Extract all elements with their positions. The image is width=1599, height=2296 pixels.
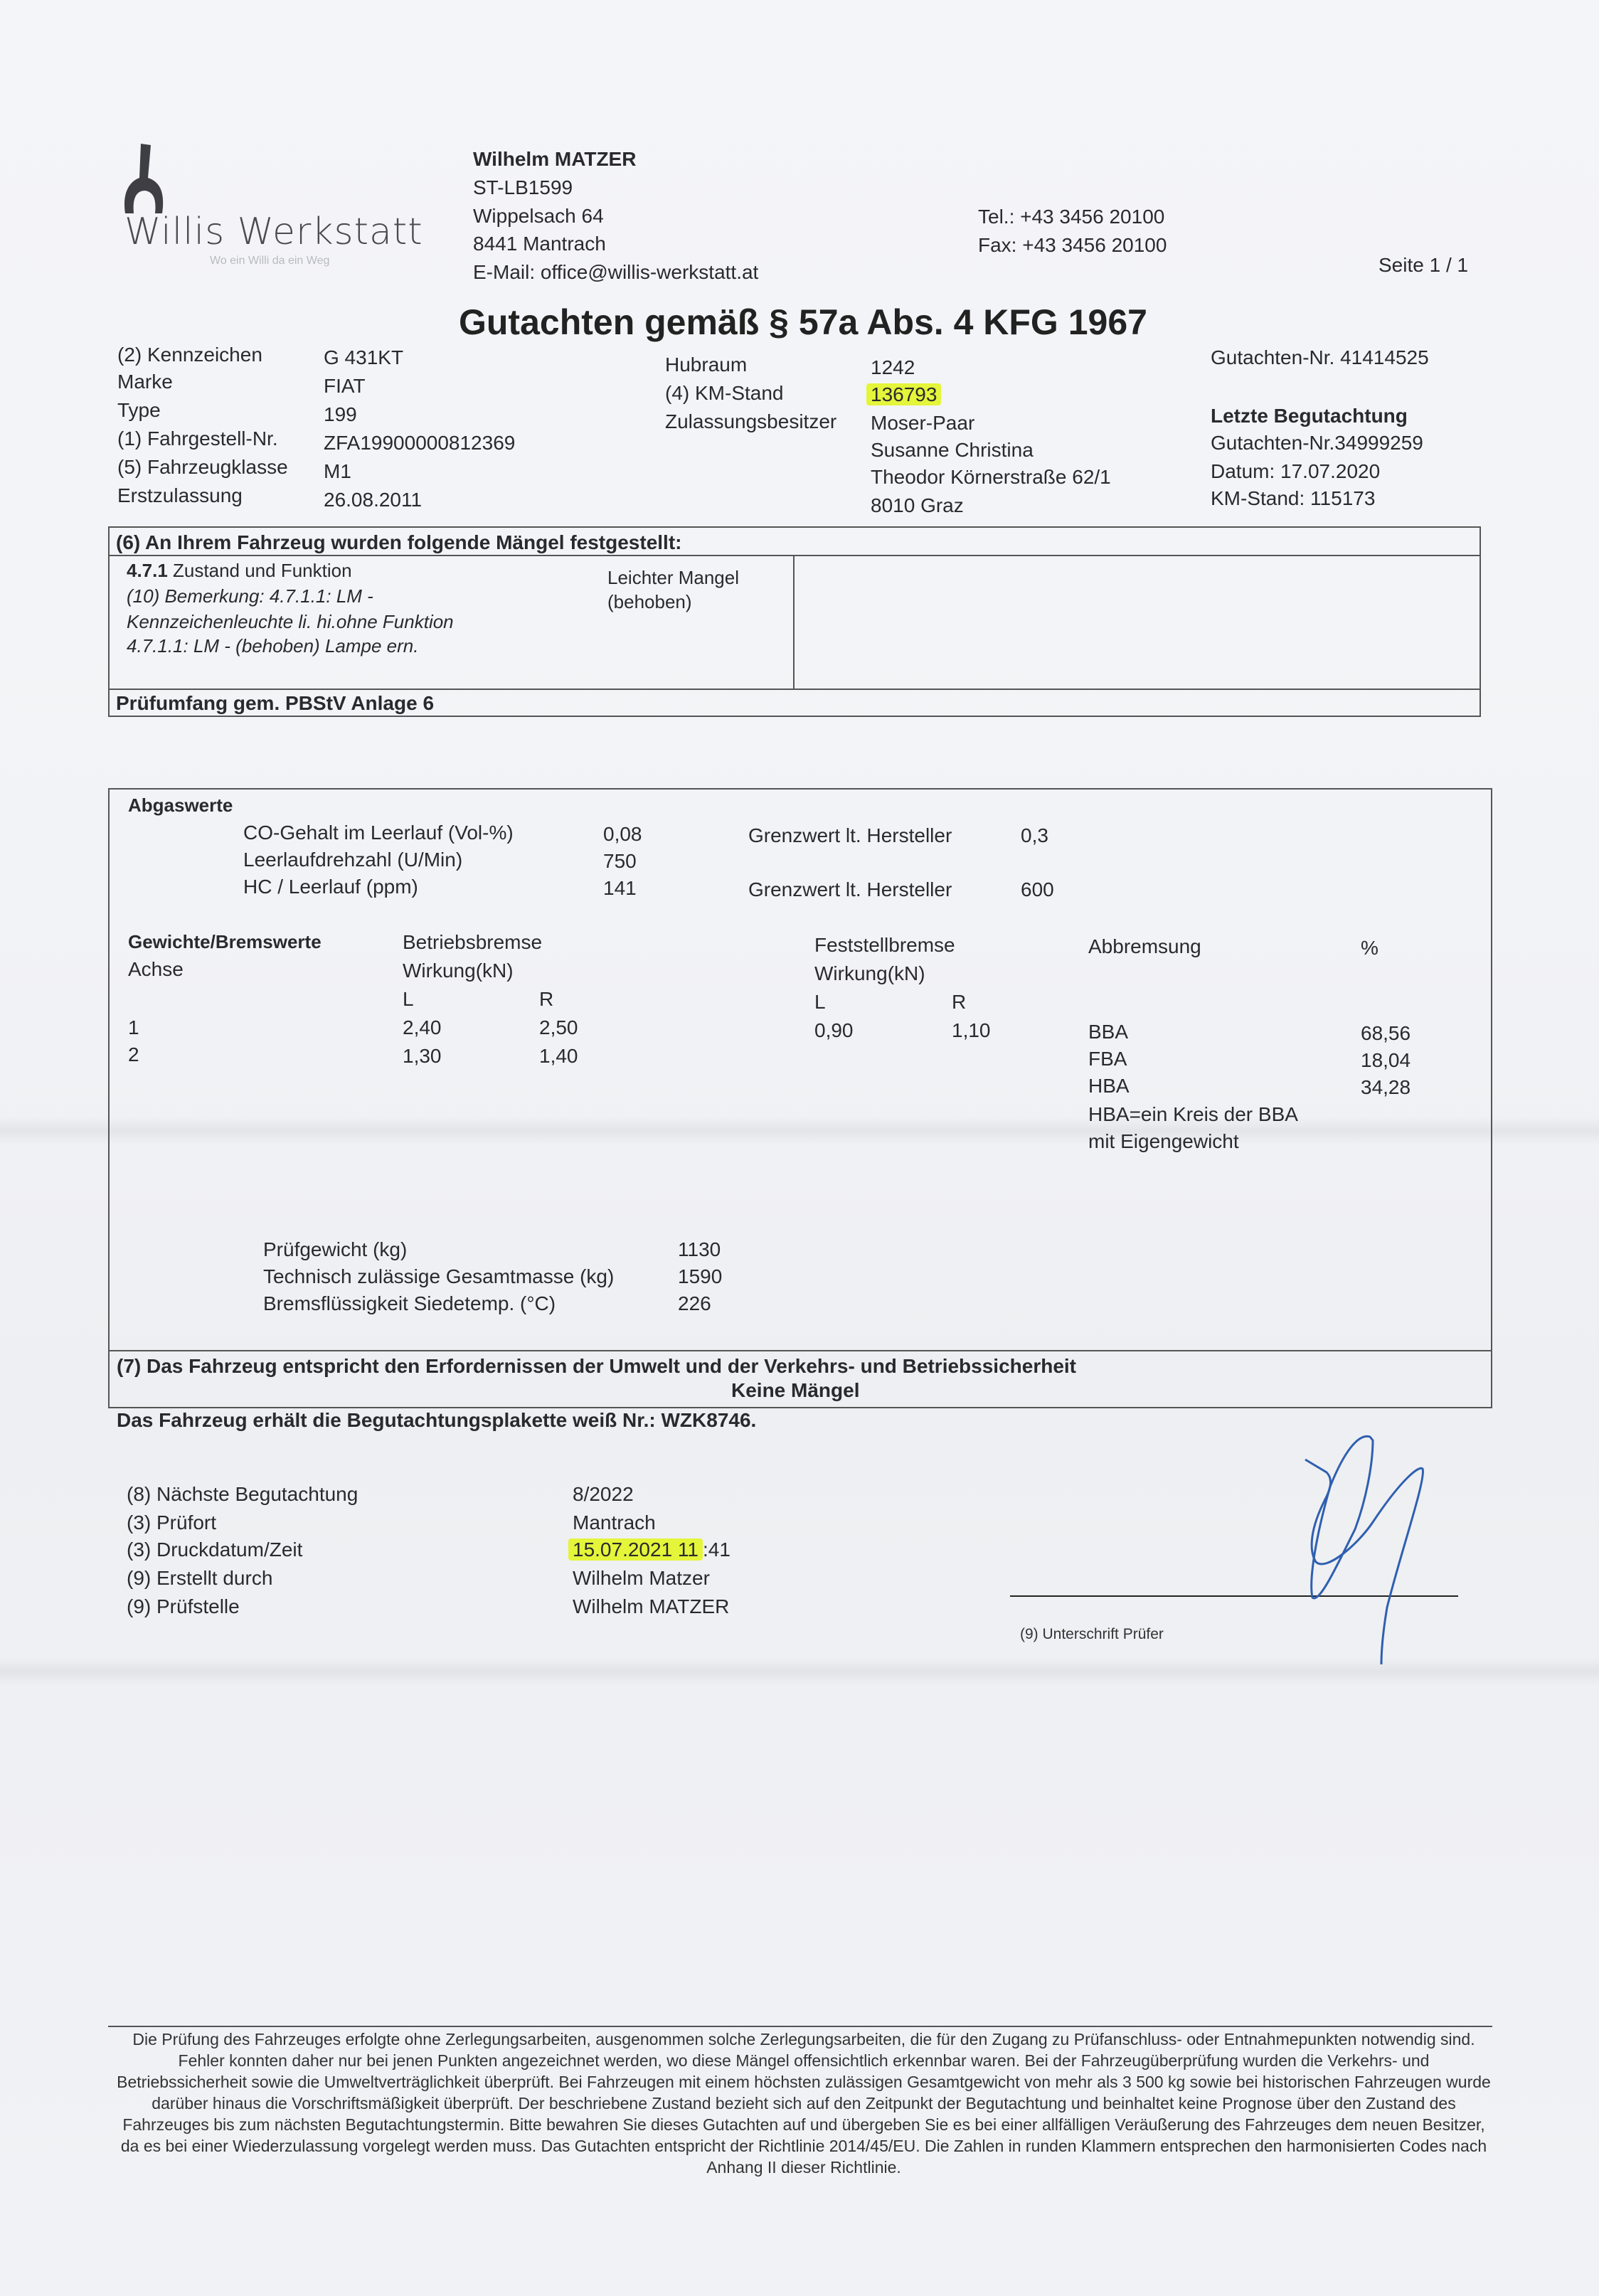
company-tel: Tel.: +43 3456 20100: [978, 203, 1164, 230]
axle-label: Achse: [128, 956, 184, 983]
page-number: Seite 1 / 1: [1378, 252, 1468, 279]
next-inspection-label: (8) Nächste Begutachtung: [127, 1481, 358, 1508]
max-mass-value: 1590: [678, 1263, 722, 1290]
created-by-value: Wilhelm Matzer: [573, 1565, 710, 1592]
label-hubraum: Hubraum: [665, 351, 747, 378]
last-inspection-number: Gutachten-Nr.34999259: [1211, 430, 1423, 457]
value-owner-firstname: Susanne Christina: [871, 437, 1034, 464]
test-weight-value: 1130: [678, 1236, 721, 1263]
gutachten-number: Gutachten-Nr. 41414525: [1211, 344, 1429, 371]
label-zulassungsbesitzer: Zulassungsbesitzer: [665, 408, 836, 435]
logo-name: Willis Werkstatt: [124, 211, 423, 253]
deceleration-label: Abbremsung: [1088, 933, 1201, 960]
exhaust-rpm-value: 750: [603, 848, 637, 875]
label-kennzeichen: (2) Kennzeichen: [117, 341, 262, 368]
test-scope: Prüfumfang gem. PBStV Anlage 6: [116, 690, 434, 717]
hba-note-2: mit Eigengewicht: [1088, 1128, 1239, 1155]
defect-title: Zustand und Funktion: [168, 560, 352, 581]
bba-value: 68,56: [1361, 1020, 1411, 1047]
signature-label: (9) Unterschrift Prüfer: [1020, 1626, 1164, 1643]
signature-icon: [1259, 1423, 1458, 1664]
exhaust-rpm-label: Leerlaufdrehzahl (U/Min): [243, 846, 462, 873]
value-km-stand: 136793: [866, 383, 941, 405]
axle-1-parking-r: 1,10: [952, 1017, 991, 1044]
label-fahrgestell: (1) Fahrgestell-Nr.: [117, 425, 278, 452]
last-inspection-heading: Letzte Begutachtung: [1211, 403, 1408, 430]
test-weight-label: Prüfgewicht (kg): [263, 1236, 407, 1263]
exhaust-hc-limit-label: Grenzwert lt. Hersteller: [748, 876, 952, 903]
defect-item: 4.7.1 Zustand und Funktion: [127, 558, 352, 583]
test-station-label: (9) Prüfstelle: [127, 1593, 240, 1620]
label-km-stand: (4) KM-Stand: [665, 380, 784, 407]
brake-fluid-label: Bremsflüssigkeit Siedetemp. (°C): [263, 1290, 556, 1317]
axle-1: 1: [128, 1014, 139, 1041]
print-date-rest: :41: [703, 1538, 731, 1561]
created-by-label: (9) Erstellt durch: [127, 1565, 272, 1592]
divider: [793, 556, 795, 689]
exhaust-co-label: CO-Gehalt im Leerlauf (Vol-%): [243, 819, 514, 846]
value-owner-city: 8010 Graz: [871, 492, 964, 519]
label-fahrzeugklasse: (5) Fahrzeugklasse: [117, 454, 288, 481]
service-brake-label: Betriebsbremse: [403, 929, 542, 956]
brakes-heading: Gewichte/Bremswerte: [128, 929, 322, 955]
company-city: 8441 Mantrach: [473, 230, 606, 257]
value-hubraum: 1242: [871, 354, 915, 381]
defect-remark-1: (10) Bemerkung: 4.7.1.1: LM -: [127, 583, 373, 609]
label-type: Type: [117, 397, 161, 424]
value-owner-name: Moser-Paar: [871, 410, 974, 437]
last-inspection-date: Datum: 17.07.2020: [1211, 458, 1380, 485]
print-date-label: (3) Druckdatum/Zeit: [127, 1536, 302, 1563]
max-mass-label: Technisch zulässige Gesamtmasse (kg): [263, 1263, 614, 1290]
exhaust-co-limit-label: Grenzwert lt. Hersteller: [748, 822, 952, 849]
legal-disclaimer: Die Prüfung des Fahrzeuges erfolgte ohne…: [114, 2029, 1494, 2178]
divider: [108, 1350, 1491, 1351]
value-type: 199: [324, 401, 357, 428]
axle-1-service-l: 2,40: [403, 1014, 442, 1041]
axle-1-parking-l: 0,90: [814, 1017, 854, 1044]
axle-1-service-r: 2,50: [539, 1014, 578, 1041]
axle-2-service-l: 1,30: [403, 1043, 442, 1070]
hba-note-1: HBA=ein Kreis der BBA: [1088, 1101, 1298, 1128]
defect-remark-2: Kennzeichenleuchte li. hi.ohne Funktion: [127, 609, 454, 634]
company-email: E-Mail: office@willis-werkstatt.at: [473, 259, 758, 286]
print-date-value: 15.07.2021 11:41: [568, 1536, 731, 1563]
document-page: Willis Werkstatt Wo ein Willi da ein Weg…: [0, 0, 1599, 2296]
defect-code: 4.7.1: [127, 560, 168, 581]
hba-value: 34,28: [1361, 1074, 1411, 1101]
axle-2-service-r: 1,40: [539, 1043, 578, 1070]
defects-heading: (6) An Ihrem Fahrzeug wurden folgende Mä…: [116, 529, 681, 556]
sticker-statement: Das Fahrzeug erhält die Begutachtungspla…: [117, 1407, 756, 1434]
exhaust-hc-value: 141: [603, 875, 637, 902]
percent-label: %: [1361, 935, 1378, 962]
company-name: Wilhelm MATZER: [473, 146, 636, 173]
value-marke: FIAT: [324, 373, 366, 400]
result-statement: (7) Das Fahrzeug entspricht den Erforder…: [117, 1353, 1076, 1380]
service-l-label: L: [403, 986, 414, 1013]
parking-l-label: L: [814, 989, 826, 1016]
value-owner-street: Theodor Körnerstraße 62/1: [871, 464, 1111, 491]
hba-label: HBA: [1088, 1073, 1130, 1100]
test-location-label: (3) Prüfort: [127, 1509, 216, 1536]
fba-label: FBA: [1088, 1046, 1127, 1073]
label-erstzulassung: Erstzulassung: [117, 482, 243, 509]
service-effect-label: Wirkung(kN): [403, 957, 514, 984]
exhaust-heading: Abgaswerte: [128, 792, 233, 818]
label-marke: Marke: [117, 368, 173, 395]
exhaust-co-value: 0,08: [603, 821, 642, 848]
print-date-highlighted: 15.07.2021 11: [568, 1538, 703, 1561]
company-id: ST-LB1599: [473, 174, 573, 201]
service-r-label: R: [539, 986, 553, 1013]
exhaust-hc-label: HC / Leerlauf (ppm): [243, 873, 418, 900]
document-title: Gutachten gemäß § 57a Abs. 4 KFG 1967: [459, 302, 1147, 343]
defect-remark-3: 4.7.1.1: LM - (behoben) Lampe ern.: [127, 633, 418, 659]
last-inspection-km: KM-Stand: 115173: [1211, 485, 1375, 512]
exhaust-co-limit: 0,3: [1021, 822, 1048, 849]
company-fax: Fax: +43 3456 20100: [978, 232, 1167, 259]
wrench-icon: [119, 142, 169, 220]
bba-label: BBA: [1088, 1019, 1128, 1046]
parking-brake-label: Feststellbremse: [814, 932, 955, 959]
value-fahrzeugklasse: M1: [324, 458, 351, 485]
test-station-value: Wilhelm MATZER: [573, 1593, 729, 1620]
value-erstzulassung: 26.08.2011: [324, 487, 422, 514]
divider: [108, 2026, 1492, 2027]
axle-2: 2: [128, 1041, 139, 1068]
value-kennzeichen: G 431KT: [324, 344, 403, 371]
next-inspection-value: 8/2022: [573, 1481, 634, 1508]
result-verdict: Keine Mängel: [731, 1377, 859, 1404]
fba-value: 18,04: [1361, 1047, 1411, 1074]
company-street: Wippelsach 64: [473, 203, 604, 230]
parking-effect-label: Wirkung(kN): [814, 960, 925, 987]
brake-fluid-value: 226: [678, 1290, 711, 1317]
defect-status: (behoben): [607, 589, 692, 615]
value-fahrgestell: ZFA19900000812369: [324, 430, 515, 457]
parking-r-label: R: [952, 989, 966, 1016]
defect-severity: Leichter Mangel: [607, 565, 739, 590]
test-location-value: Mantrach: [573, 1509, 656, 1536]
logo-tagline: Wo ein Willi da ein Weg: [210, 255, 329, 267]
exhaust-hc-limit: 600: [1021, 876, 1054, 903]
